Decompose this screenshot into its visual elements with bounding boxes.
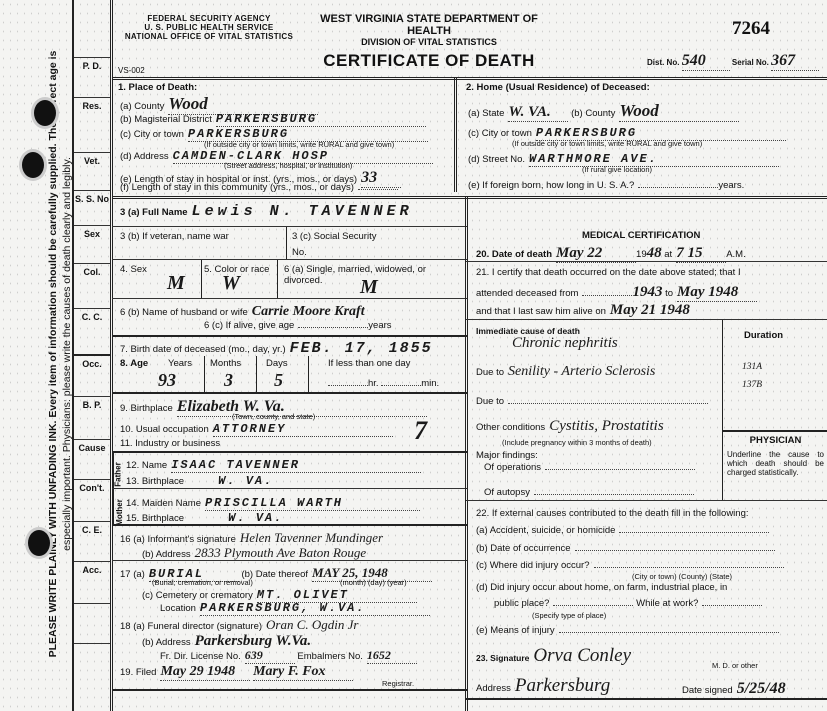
side-label: C. C. <box>74 308 110 358</box>
age-field: 8. Age <box>120 358 152 369</box>
label: and that I last saw him alive on <box>476 306 606 317</box>
state-department: WEST VIRGINIA STATE DEPARTMENT OF HEALTH <box>304 13 554 37</box>
physician-box: PHYSICIAN Underline the cause to which d… <box>722 430 827 500</box>
label: hr. <box>368 378 379 389</box>
pod-district-field: (b) Magisterial DistrictPARKERSBURG <box>120 112 426 127</box>
home-foreign-field: (e) If foreign born, how long in U. S. A… <box>468 180 744 191</box>
divider <box>466 319 827 320</box>
race-value: W <box>222 272 240 295</box>
side-label: S. S. No <box>74 190 110 229</box>
label: (e) Means of injury <box>476 625 555 636</box>
years-value: 93 <box>158 370 176 391</box>
label: to <box>665 288 673 299</box>
label: (b) Date of occurrence <box>476 543 571 554</box>
label: (b) County <box>571 108 615 119</box>
certify-text: 21. I certify that death occurred on the… <box>476 267 741 278</box>
immediate-cause-value: Chronic nephritis <box>512 335 618 352</box>
sex-value: M <box>167 272 185 295</box>
divider <box>112 298 467 299</box>
label: 15. Birthplace <box>126 513 184 524</box>
label: Address <box>476 683 511 694</box>
embalmer-value: 1652 <box>367 648 417 664</box>
other-conditions-field: Other conditionsCystitis, Prostatitis <box>476 418 664 435</box>
spouse-age-field: 6 (c) If alive, give ageyears <box>204 320 392 331</box>
home-state-value: W. VA. <box>508 104 568 122</box>
side-code-column: P. D. Res. Vet. S. S. No Sex Col. C. C. … <box>72 0 113 711</box>
funeral-director-value: Oran C. Ogdin Jr <box>266 617 358 632</box>
months-value: 3 <box>224 370 233 391</box>
informant-signature-value: Helen Tavenner Mundinger <box>240 530 383 545</box>
home-street-value: WARTHMORE AVE. <box>529 152 779 167</box>
serial-label: Serial No. <box>732 58 769 67</box>
hr-min-field: hr. min. <box>328 378 439 389</box>
label: Fr. Dir. License No. <box>160 651 241 662</box>
page-title: CERTIFICATE OF DEATH <box>304 51 554 71</box>
divider <box>112 524 467 526</box>
license-field: Fr. Dir. License No.639 Embalmers No.165… <box>160 648 417 664</box>
informant-address-value: 2833 Plymouth Ave Baton Rouge <box>195 545 367 560</box>
ss-no-label: No. <box>292 247 307 258</box>
label: (f) Length of stay in this community (yr… <box>120 182 354 193</box>
due-to-1-field: Due toSenility - Arterio Sclerosis <box>476 364 655 380</box>
label: 9. Birthplace <box>120 403 173 414</box>
divider <box>112 392 467 394</box>
divider <box>454 78 457 192</box>
divider <box>112 451 467 453</box>
marital-value: M <box>360 276 378 299</box>
informant-signature-field: 16 (a) Informant's signatureHelen Tavenn… <box>120 530 383 546</box>
signature-field: 23. SignatureOrva Conley <box>476 645 631 667</box>
ss-label: 3 (c) Social Security <box>292 231 376 242</box>
years-label: Years <box>168 358 192 369</box>
dist-serial-line: Dist. No. 540 Serial No. 367 <box>647 52 819 71</box>
label: 19. Filed <box>120 667 156 678</box>
date-signed-value: 5/25/48 <box>737 680 786 697</box>
divider <box>112 689 467 691</box>
side-label <box>74 603 110 647</box>
sex-label: 4. Sex <box>120 264 147 275</box>
label: 13. Birthplace <box>126 476 184 487</box>
note: (If rural give location) <box>582 165 652 174</box>
cause-code: 131A <box>742 362 762 372</box>
accident-field: (a) Accident, suicide, or homicide <box>476 525 769 536</box>
note: (Include pregnancy within 3 months of de… <box>502 438 652 447</box>
side-label: Sex <box>74 225 110 267</box>
agency-line-2: U. S. PUBLIC HEALTH SERVICE <box>114 23 304 32</box>
other-conditions-value: Cystitis, Prostatitis <box>549 418 663 434</box>
months-label: Months <box>210 358 241 369</box>
side-label: Con't. <box>74 479 110 525</box>
label: 16 (a) Informant's signature <box>120 534 236 545</box>
label: min. <box>421 378 439 389</box>
mother-birthplace-value: W. VA. <box>228 511 283 525</box>
last-seen-field: and that I last saw him alive onMay 21 1… <box>476 302 710 320</box>
label: (c) Cemetery or crematory <box>142 590 253 601</box>
label: 7. Birth date of deceased (mo., day, yr.… <box>120 344 286 355</box>
state-header: WEST VIRGINIA STATE DEPARTMENT OF HEALTH… <box>304 13 554 71</box>
pod-stay-community-value <box>358 189 398 190</box>
label: (d) Street No. <box>468 154 525 165</box>
label: at <box>664 249 672 260</box>
form-code: VS-002 <box>118 66 145 75</box>
label: 23. Signature <box>476 653 529 663</box>
physician-signature: Orva Conley <box>533 645 631 666</box>
side-label: Acc. <box>74 561 110 607</box>
label: (c) City or town <box>468 128 532 139</box>
father-name-field: 12. NameISAAC TAVENNER <box>126 458 421 473</box>
last-seen-value: May 21 1948 <box>610 302 710 320</box>
license-value: 639 <box>245 648 295 664</box>
side-label: Cause <box>74 439 110 483</box>
spouse-field: 6 (b) Name of husband or wifeCarrie Moor… <box>120 304 365 320</box>
location-value: PARKERSBURG, W.VA. <box>200 601 430 616</box>
death-year-value: 48 <box>647 245 662 261</box>
margin-instructions: PLEASE WRITE PLAINLY WITH UNFADING INK. … <box>0 0 70 711</box>
label: (b) Address <box>142 637 191 648</box>
divider <box>277 260 278 298</box>
label: (a) Accident, suicide, or homicide <box>476 525 615 536</box>
side-label: C. E. <box>74 521 110 565</box>
birth-date-value: FEB. 17, 1855 <box>290 340 433 357</box>
label: 19 <box>636 249 647 260</box>
mother-name-value: PRISCILLA WARTH <box>205 496 420 511</box>
label: (e) If foreign born, how long in U. S. A… <box>468 180 634 191</box>
days-label: Days <box>266 358 288 369</box>
physician-box-title: PHYSICIAN <box>723 435 827 446</box>
divider <box>465 196 468 711</box>
label: (b) Magisterial District <box>120 114 212 125</box>
signature-address-value: Parkersburg <box>515 675 610 696</box>
divider <box>308 356 309 392</box>
division-name: DIVISION OF VITAL STATISTICS <box>304 37 554 47</box>
label: Of autopsy <box>484 487 530 498</box>
note: (Burial, cremation, or removal) <box>152 578 253 587</box>
father-birthplace-value: W. VA. <box>218 474 273 488</box>
label: (c) Where did injury occur? <box>476 560 590 571</box>
spouse-value: Carrie Moore Kraft <box>252 304 365 319</box>
label: 6 (b) Name of husband or wife <box>120 307 248 318</box>
label: (a) County <box>120 101 164 112</box>
serial-number: 367 <box>771 52 819 71</box>
divider <box>112 335 467 337</box>
death-certificate: FEDERAL SECURITY AGENCY U. S. PUBLIC HEA… <box>112 0 827 711</box>
punch-hole-icon <box>22 152 44 178</box>
major-findings-label: Major findings: <box>476 450 538 461</box>
divider <box>256 356 257 392</box>
label: While at work? <box>636 598 698 609</box>
occupation-field: 10. Usual occupationATTORNEY <box>120 422 393 437</box>
less-day-label: If less than one day <box>328 358 410 369</box>
divider <box>204 356 205 392</box>
dist-number: 540 <box>682 52 730 71</box>
label: Other conditions <box>476 422 545 433</box>
occurrence-field: (b) Date of occurrence <box>476 543 775 554</box>
divider <box>201 260 202 298</box>
father-birthplace-field: 13. BirthplaceW. VA. <box>126 474 273 488</box>
label: Due to <box>476 396 504 407</box>
due-to-2-field: Due to <box>476 396 708 407</box>
label: 14. Maiden Name <box>126 498 201 509</box>
side-label: Col. <box>74 263 110 312</box>
label: (a) State <box>468 108 504 119</box>
occupation-value: ATTORNEY <box>213 422 393 437</box>
pod-stay-community-field: (f) Length of stay in this community (yr… <box>120 182 398 193</box>
divider <box>286 227 287 259</box>
attended-field: attended deceased from1943 toMay 1948 <box>476 284 757 302</box>
registrar-signature: Mary F. Fox <box>253 664 353 681</box>
informant-address-field: (b) Address2833 Plymouth Ave Baton Rouge <box>142 545 366 561</box>
home-state-county-field: (a) StateW. VA. (b) CountyWood <box>468 101 739 122</box>
punch-hole-icon <box>28 530 50 556</box>
label: 12. Name <box>126 460 167 471</box>
side-label: Vet. <box>74 152 110 194</box>
label: A.M. <box>726 249 746 260</box>
mother-name-field: 14. Maiden NamePRISCILLA WARTH <box>126 496 420 511</box>
label: Of operations <box>484 462 541 473</box>
divider <box>112 226 467 227</box>
physician-box-text: Underline the cause to which death shoul… <box>723 446 827 477</box>
note: (Town, county, and state) <box>232 412 315 421</box>
mother-tag: Mother <box>115 499 124 526</box>
birth-date-field: 7. Birth date of deceased (mo., day, yr.… <box>120 340 433 357</box>
certificate-number: 7264 <box>732 18 770 40</box>
side-label: Occ. <box>74 354 110 401</box>
federal-agency-block: FEDERAL SECURITY AGENCY U. S. PUBLIC HEA… <box>114 14 304 41</box>
autopsy-field: Of autopsy <box>484 487 694 498</box>
label: 8. Age <box>120 358 148 369</box>
location-field: LocationPARKERSBURG, W.VA. <box>160 601 430 616</box>
mother-birthplace-field: 15. BirthplaceW. VA. <box>126 511 283 525</box>
note: (If outside city or town limits, write R… <box>512 139 702 148</box>
label: years <box>368 320 391 331</box>
divider <box>112 560 467 561</box>
means-field: (e) Means of injury <box>476 625 779 636</box>
public-place-field: public place? While at work? <box>494 598 762 609</box>
agency-line-3: NATIONAL OFFICE OF VITAL STATISTICS <box>114 32 304 41</box>
label: 6 (c) If alive, give age <box>204 320 294 331</box>
note: (If outside city or town limits, write R… <box>204 140 394 149</box>
punch-hole-icon <box>34 100 56 126</box>
label: years. <box>718 180 744 191</box>
funeral-director-field: 18 (a) Funeral director (signature)Oran … <box>120 617 359 633</box>
full-name-field: 3 (a) Full NameLewis N. TAVENNER <box>120 203 413 220</box>
md-label: M. D. or other <box>712 661 758 670</box>
injury-location-label: (d) Did injury occur about home, on farm… <box>476 582 727 593</box>
label: attended deceased from <box>476 288 578 299</box>
father-tag: Father <box>114 462 123 486</box>
medical-heading: MEDICAL CERTIFICATION <box>582 230 700 241</box>
divider <box>466 261 827 262</box>
divider <box>722 320 723 430</box>
home-county-value: Wood <box>619 101 739 122</box>
attended-from-value: 1943 <box>632 284 662 300</box>
label: Due to <box>476 367 504 378</box>
place-of-death-heading: 1. Place of Death: <box>118 82 197 93</box>
label: (d) Address <box>120 151 169 162</box>
divider <box>112 259 467 260</box>
full-name-value: Lewis N. TAVENNER <box>192 203 413 220</box>
father-name-value: ISAAC TAVENNER <box>171 458 421 473</box>
agency-line-1: FEDERAL SECURITY AGENCY <box>114 14 304 23</box>
occupation-code: 7 <box>414 416 427 446</box>
label: (c) City or town <box>120 129 184 140</box>
home-heading: 2. Home (Usual Residence) of Deceased: <box>466 82 650 93</box>
label: Date signed <box>682 685 733 696</box>
attended-to-value: May 1948 <box>677 284 757 302</box>
divider <box>112 488 467 489</box>
divider <box>466 698 827 700</box>
instructions-line-1: PLEASE WRITE PLAINLY WITH UNFADING INK. … <box>47 51 59 658</box>
duration-label: Duration <box>744 330 783 341</box>
date-signed-field: Date signed5/25/48 <box>682 680 786 698</box>
signature-address-field: AddressParkersburg <box>476 675 610 697</box>
divider <box>112 77 827 80</box>
registrar-label: Registrar. <box>382 679 414 688</box>
veteran-label: 3 (b) If veteran, name war <box>120 231 229 242</box>
filed-field: 19. FiledMay 29 1948 Mary F. Fox <box>120 664 353 681</box>
funeral-address-value: Parkersburg W.Va. <box>195 633 312 649</box>
due-to-1-value: Senility - Arterio Sclerosis <box>508 364 655 379</box>
divider <box>112 196 827 199</box>
label: Embalmers No. <box>297 651 362 662</box>
label: 3 (a) Full Name <box>120 207 188 218</box>
filed-date-value: May 29 1948 <box>160 664 250 681</box>
label: Location <box>160 603 196 614</box>
side-label <box>74 643 110 711</box>
industry-label: 11. Industry or business <box>120 438 220 449</box>
external-heading: 22. If external causes contributed to th… <box>476 508 749 519</box>
side-label: P. D. <box>74 57 110 101</box>
label: public place? <box>494 598 549 609</box>
where-field: (c) Where did injury occur? <box>476 560 784 571</box>
side-label: B. P. <box>74 396 110 443</box>
side-label: Res. <box>74 97 110 156</box>
label: 18 (a) Funeral director (signature) <box>120 621 262 632</box>
label: 20. Date of death <box>476 249 552 260</box>
note: (month) (day) (year) <box>340 578 407 587</box>
note: (Specify type of place) <box>532 611 606 620</box>
label: 17 (a) <box>120 569 145 580</box>
dist-label: Dist. No. <box>647 58 679 67</box>
cause-code: 137B <box>742 380 762 390</box>
days-value: 5 <box>274 370 283 391</box>
label: 10. Usual occupation <box>120 424 209 435</box>
divider <box>466 500 827 501</box>
operations-field: Of operations <box>484 462 695 473</box>
label: (b) Address <box>142 549 191 560</box>
pod-district-value: PARKERSBURG <box>216 112 426 127</box>
note: (City or town) (County) (State) <box>632 572 732 581</box>
